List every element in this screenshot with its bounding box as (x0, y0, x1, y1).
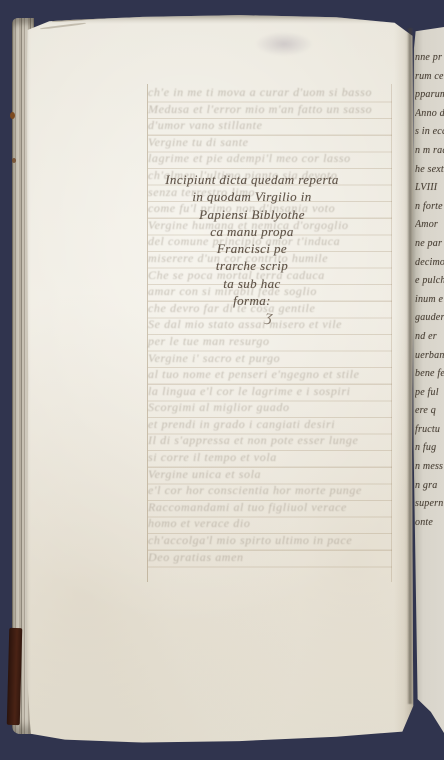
showthrough-line: homo et verace dio (148, 515, 404, 532)
facing-page-line-fragment: fructu (415, 421, 444, 440)
facing-page-line-fragment: uerban (415, 347, 444, 366)
facing-page-line-fragment: onte (415, 514, 444, 533)
facing-page-line-fragment: e pulch (415, 272, 444, 291)
facing-page-line-fragment: pe ful (415, 384, 444, 403)
facing-page-text: nne prrum celpparumAnno dos in ecclen m … (415, 49, 444, 532)
showthrough-line: Medusa et l'error mio m'an fatto un sass… (148, 101, 404, 118)
showthrough-line: ch'e in me ti mova a curar d'uom si bass… (148, 84, 404, 101)
facing-page-line-fragment: pparum (415, 86, 444, 105)
facing-page-line-fragment: LVIII (415, 179, 444, 198)
incipit-line: Incipiunt dicta quedam reperta (112, 171, 392, 188)
showthrough-line: Raccomandami al tuo figliuol verace (148, 499, 404, 516)
incipit-line: ca manu propa (112, 223, 392, 240)
showthrough-line: e'l cor hor conscientia hor morte punge (148, 482, 404, 499)
facing-page-line-fragment: decimo (415, 254, 444, 273)
facing-page-line-fragment: nne pr (415, 49, 444, 68)
showthrough-line: Vergine i' sacro et purgo (148, 350, 404, 367)
facing-page-line-fragment: bene fe (415, 365, 444, 384)
binding-cover-edge (7, 628, 23, 725)
facing-page-line-fragment: Amor (415, 216, 444, 235)
showthrough-line: lagrime et pie adempi'l meo cor lasso (148, 150, 404, 167)
facing-page-line-fragment: rum cel (415, 68, 444, 87)
incipit-line: Francisci pe (112, 240, 392, 257)
showthrough-line: per le tue man resurgo (148, 333, 404, 350)
facing-page-line-fragment: ne par r (415, 235, 444, 254)
showthrough-line: si corre il tempo et vola (148, 449, 404, 466)
facing-page: nne prrum celpparumAnno dos in ecclen m … (411, 27, 444, 733)
binding-speck (10, 112, 15, 119)
pencil-smudge (255, 32, 313, 56)
incipit-line: ta sub hac (112, 275, 392, 292)
showthrough-line: la lingua e'l cor le lagrime e i sospiri (148, 383, 404, 400)
facing-page-line-fragment: nd er (415, 328, 444, 347)
manuscript-photo: ch'e in me ti mova a curar d'uom si bass… (0, 0, 444, 760)
showthrough-line: Scorgimi al miglior guado (148, 399, 404, 416)
facing-page-line-fragment: supern (415, 495, 444, 514)
incipit-line: forma: (112, 292, 392, 309)
incipit-heading: Incipiunt dicta quedam repertain quodam … (112, 171, 392, 309)
incipit-line: in quodam Virgilio in (112, 188, 392, 205)
facing-page-line-fragment: ere q (415, 402, 444, 421)
showthrough-line: Vergine tu di sante (148, 134, 404, 151)
facing-page-line-fragment: n fug (415, 439, 444, 458)
showthrough-line: d'umor vano stillante (148, 117, 404, 134)
gutter-shadow (407, 28, 413, 704)
incipit-line: Papiensi Biblyothe (112, 206, 392, 223)
showthrough-line: et prendi in grado i cangiati desiri (148, 416, 404, 433)
showthrough-line: Vergine unica et sola (148, 466, 404, 483)
facing-page-line-fragment: Anno do (415, 105, 444, 124)
facing-page-line-fragment: s in eccle (415, 123, 444, 142)
facing-page-line-fragment: n m rad (415, 142, 444, 161)
manuscript-page: ch'e in me ti mova a curar d'uom si bass… (26, 14, 414, 744)
showthrough-line: Il di s'appressa et non pote esser lunge (148, 432, 404, 449)
facing-page-line-fragment: he sextu (415, 161, 444, 180)
showthrough-line: ch'accolga'l mio spirto ultimo in pace (148, 532, 404, 549)
facing-page-line-fragment: n gra (415, 477, 444, 496)
incipit-line: trarche scrip (112, 257, 392, 274)
facing-page-line-fragment: n mess (415, 458, 444, 477)
facing-page-line-fragment: gaudere (415, 309, 444, 328)
showthrough-line: Deo gratias amen (148, 549, 404, 566)
showthrough-line: al tuo nome et penseri e'ngegno et stile (148, 366, 404, 383)
facing-page-line-fragment: inum e (415, 291, 444, 310)
binding-speck (12, 158, 16, 163)
facing-page-line-fragment: n forte (415, 198, 444, 217)
